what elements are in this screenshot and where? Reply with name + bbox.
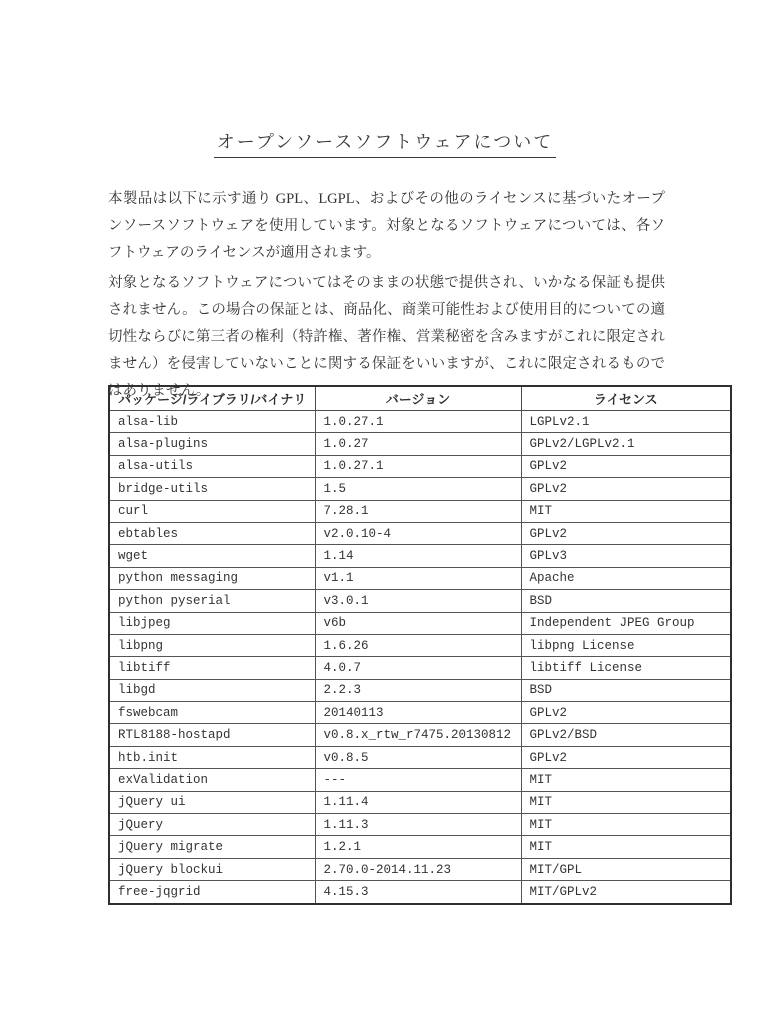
table-row: python messagingv1.1Apache <box>109 567 731 589</box>
column-header-license: ライセンス <box>521 386 731 411</box>
intro-paragraph: 本製品は以下に示す通り GPL、LGPL、およびその他のライセンスに基づいたオー… <box>108 186 665 267</box>
table-row: libtiff4.0.7libtiff License <box>109 657 731 679</box>
table-cell: htb.init <box>109 746 315 768</box>
table-cell: LGPLv2.1 <box>521 411 731 433</box>
table-cell: alsa-utils <box>109 455 315 477</box>
table-cell: 7.28.1 <box>315 500 521 522</box>
table-cell: GPLv3 <box>521 545 731 567</box>
table-cell: GPLv2/LGPLv2.1 <box>521 433 731 455</box>
table-cell: python pyserial <box>109 590 315 612</box>
table-cell: Apache <box>521 567 731 589</box>
table-cell: MIT/GPLv2 <box>521 881 731 904</box>
table-cell: free-jqgrid <box>109 881 315 904</box>
table-cell: 1.6.26 <box>315 634 521 656</box>
table-cell: RTL8188-hostapd <box>109 724 315 746</box>
table-cell: 2.70.0-2014.11.23 <box>315 858 521 880</box>
table-cell: libtiff License <box>521 657 731 679</box>
table-cell: v3.0.1 <box>315 590 521 612</box>
table-row: jQuery blockui2.70.0-2014.11.23MIT/GPL <box>109 858 731 880</box>
table-cell: GPLv2/BSD <box>521 724 731 746</box>
table-row: fswebcam20140113GPLv2 <box>109 702 731 724</box>
table-cell: 1.11.3 <box>315 814 521 836</box>
table-cell: 1.0.27.1 <box>315 411 521 433</box>
table-cell: MIT <box>521 836 731 858</box>
document-page: オープンソースソフトウェアについて 本製品は以下に示す通り GPL、LGPL、お… <box>0 0 770 1024</box>
table-cell: GPLv2 <box>521 455 731 477</box>
table-cell: v0.8.x_rtw_r7475.20130812 <box>315 724 521 746</box>
table-row: jQuery ui1.11.4MIT <box>109 791 731 813</box>
column-header-version: バージョン <box>315 386 521 411</box>
table-row: bridge-utils1.5GPLv2 <box>109 478 731 500</box>
table-cell: bridge-utils <box>109 478 315 500</box>
table-cell: libtiff <box>109 657 315 679</box>
table-cell: alsa-plugins <box>109 433 315 455</box>
table-row: wget1.14GPLv3 <box>109 545 731 567</box>
table-cell: ebtables <box>109 522 315 544</box>
table-cell: MIT <box>521 814 731 836</box>
table-cell: libpng <box>109 634 315 656</box>
table-cell: GPLv2 <box>521 746 731 768</box>
table-body: alsa-lib1.0.27.1LGPLv2.1alsa-plugins1.0.… <box>109 411 731 904</box>
table-row: libjpegv6bIndependent JPEG Group <box>109 612 731 634</box>
table-row: free-jqgrid4.15.3MIT/GPLv2 <box>109 881 731 904</box>
oss-license-table: パッケージ/ライブラリ/バイナリ バージョン ライセンス alsa-lib1.0… <box>108 385 732 905</box>
table-row: alsa-lib1.0.27.1LGPLv2.1 <box>109 411 731 433</box>
table-cell: v2.0.10-4 <box>315 522 521 544</box>
table-cell: MIT <box>521 500 731 522</box>
table-cell: jQuery migrate <box>109 836 315 858</box>
table-row: alsa-plugins1.0.27GPLv2/LGPLv2.1 <box>109 433 731 455</box>
table-cell: --- <box>315 769 521 791</box>
table-cell: jQuery ui <box>109 791 315 813</box>
table-cell: 1.14 <box>315 545 521 567</box>
column-header-package: パッケージ/ライブラリ/バイナリ <box>109 386 315 411</box>
table-cell: fswebcam <box>109 702 315 724</box>
table-cell: 1.0.27 <box>315 433 521 455</box>
table-cell: 1.11.4 <box>315 791 521 813</box>
table-cell: wget <box>109 545 315 567</box>
table-cell: v1.1 <box>315 567 521 589</box>
table-cell: GPLv2 <box>521 478 731 500</box>
table-cell: MIT <box>521 769 731 791</box>
table-cell: libjpeg <box>109 612 315 634</box>
table-cell: v0.8.5 <box>315 746 521 768</box>
table-row: curl7.28.1MIT <box>109 500 731 522</box>
table-cell: libgd <box>109 679 315 701</box>
table-header-row: パッケージ/ライブラリ/バイナリ バージョン ライセンス <box>109 386 731 411</box>
table-cell: jQuery blockui <box>109 858 315 880</box>
table-cell: BSD <box>521 590 731 612</box>
page-title: オープンソースソフトウェアについて <box>0 128 770 158</box>
table-row: htb.initv0.8.5GPLv2 <box>109 746 731 768</box>
table-cell: jQuery <box>109 814 315 836</box>
table-row: ebtablesv2.0.10-4GPLv2 <box>109 522 731 544</box>
table-cell: 4.0.7 <box>315 657 521 679</box>
page-title-text: オープンソースソフトウェアについて <box>214 128 556 158</box>
table-row: python pyserialv3.0.1BSD <box>109 590 731 612</box>
table-cell: MIT <box>521 791 731 813</box>
table-row: alsa-utils1.0.27.1GPLv2 <box>109 455 731 477</box>
table-cell: v6b <box>315 612 521 634</box>
table-cell: libpng License <box>521 634 731 656</box>
table-cell: python messaging <box>109 567 315 589</box>
table-cell: 20140113 <box>315 702 521 724</box>
table-row: exValidation---MIT <box>109 769 731 791</box>
table-row: jQuery migrate1.2.1MIT <box>109 836 731 858</box>
table-cell: exValidation <box>109 769 315 791</box>
table-row: jQuery1.11.3MIT <box>109 814 731 836</box>
table-cell: Independent JPEG Group <box>521 612 731 634</box>
table-cell: GPLv2 <box>521 702 731 724</box>
table-cell: 1.2.1 <box>315 836 521 858</box>
table-row: libgd2.2.3BSD <box>109 679 731 701</box>
table-cell: 4.15.3 <box>315 881 521 904</box>
table-cell: GPLv2 <box>521 522 731 544</box>
table-row: RTL8188-hostapdv0.8.x_rtw_r7475.20130812… <box>109 724 731 746</box>
table-row: libpng1.6.26libpng License <box>109 634 731 656</box>
table-cell: 2.2.3 <box>315 679 521 701</box>
table-cell: MIT/GPL <box>521 858 731 880</box>
table-cell: curl <box>109 500 315 522</box>
table-cell: alsa-lib <box>109 411 315 433</box>
table-cell: 1.5 <box>315 478 521 500</box>
table-cell: 1.0.27.1 <box>315 455 521 477</box>
table-cell: BSD <box>521 679 731 701</box>
